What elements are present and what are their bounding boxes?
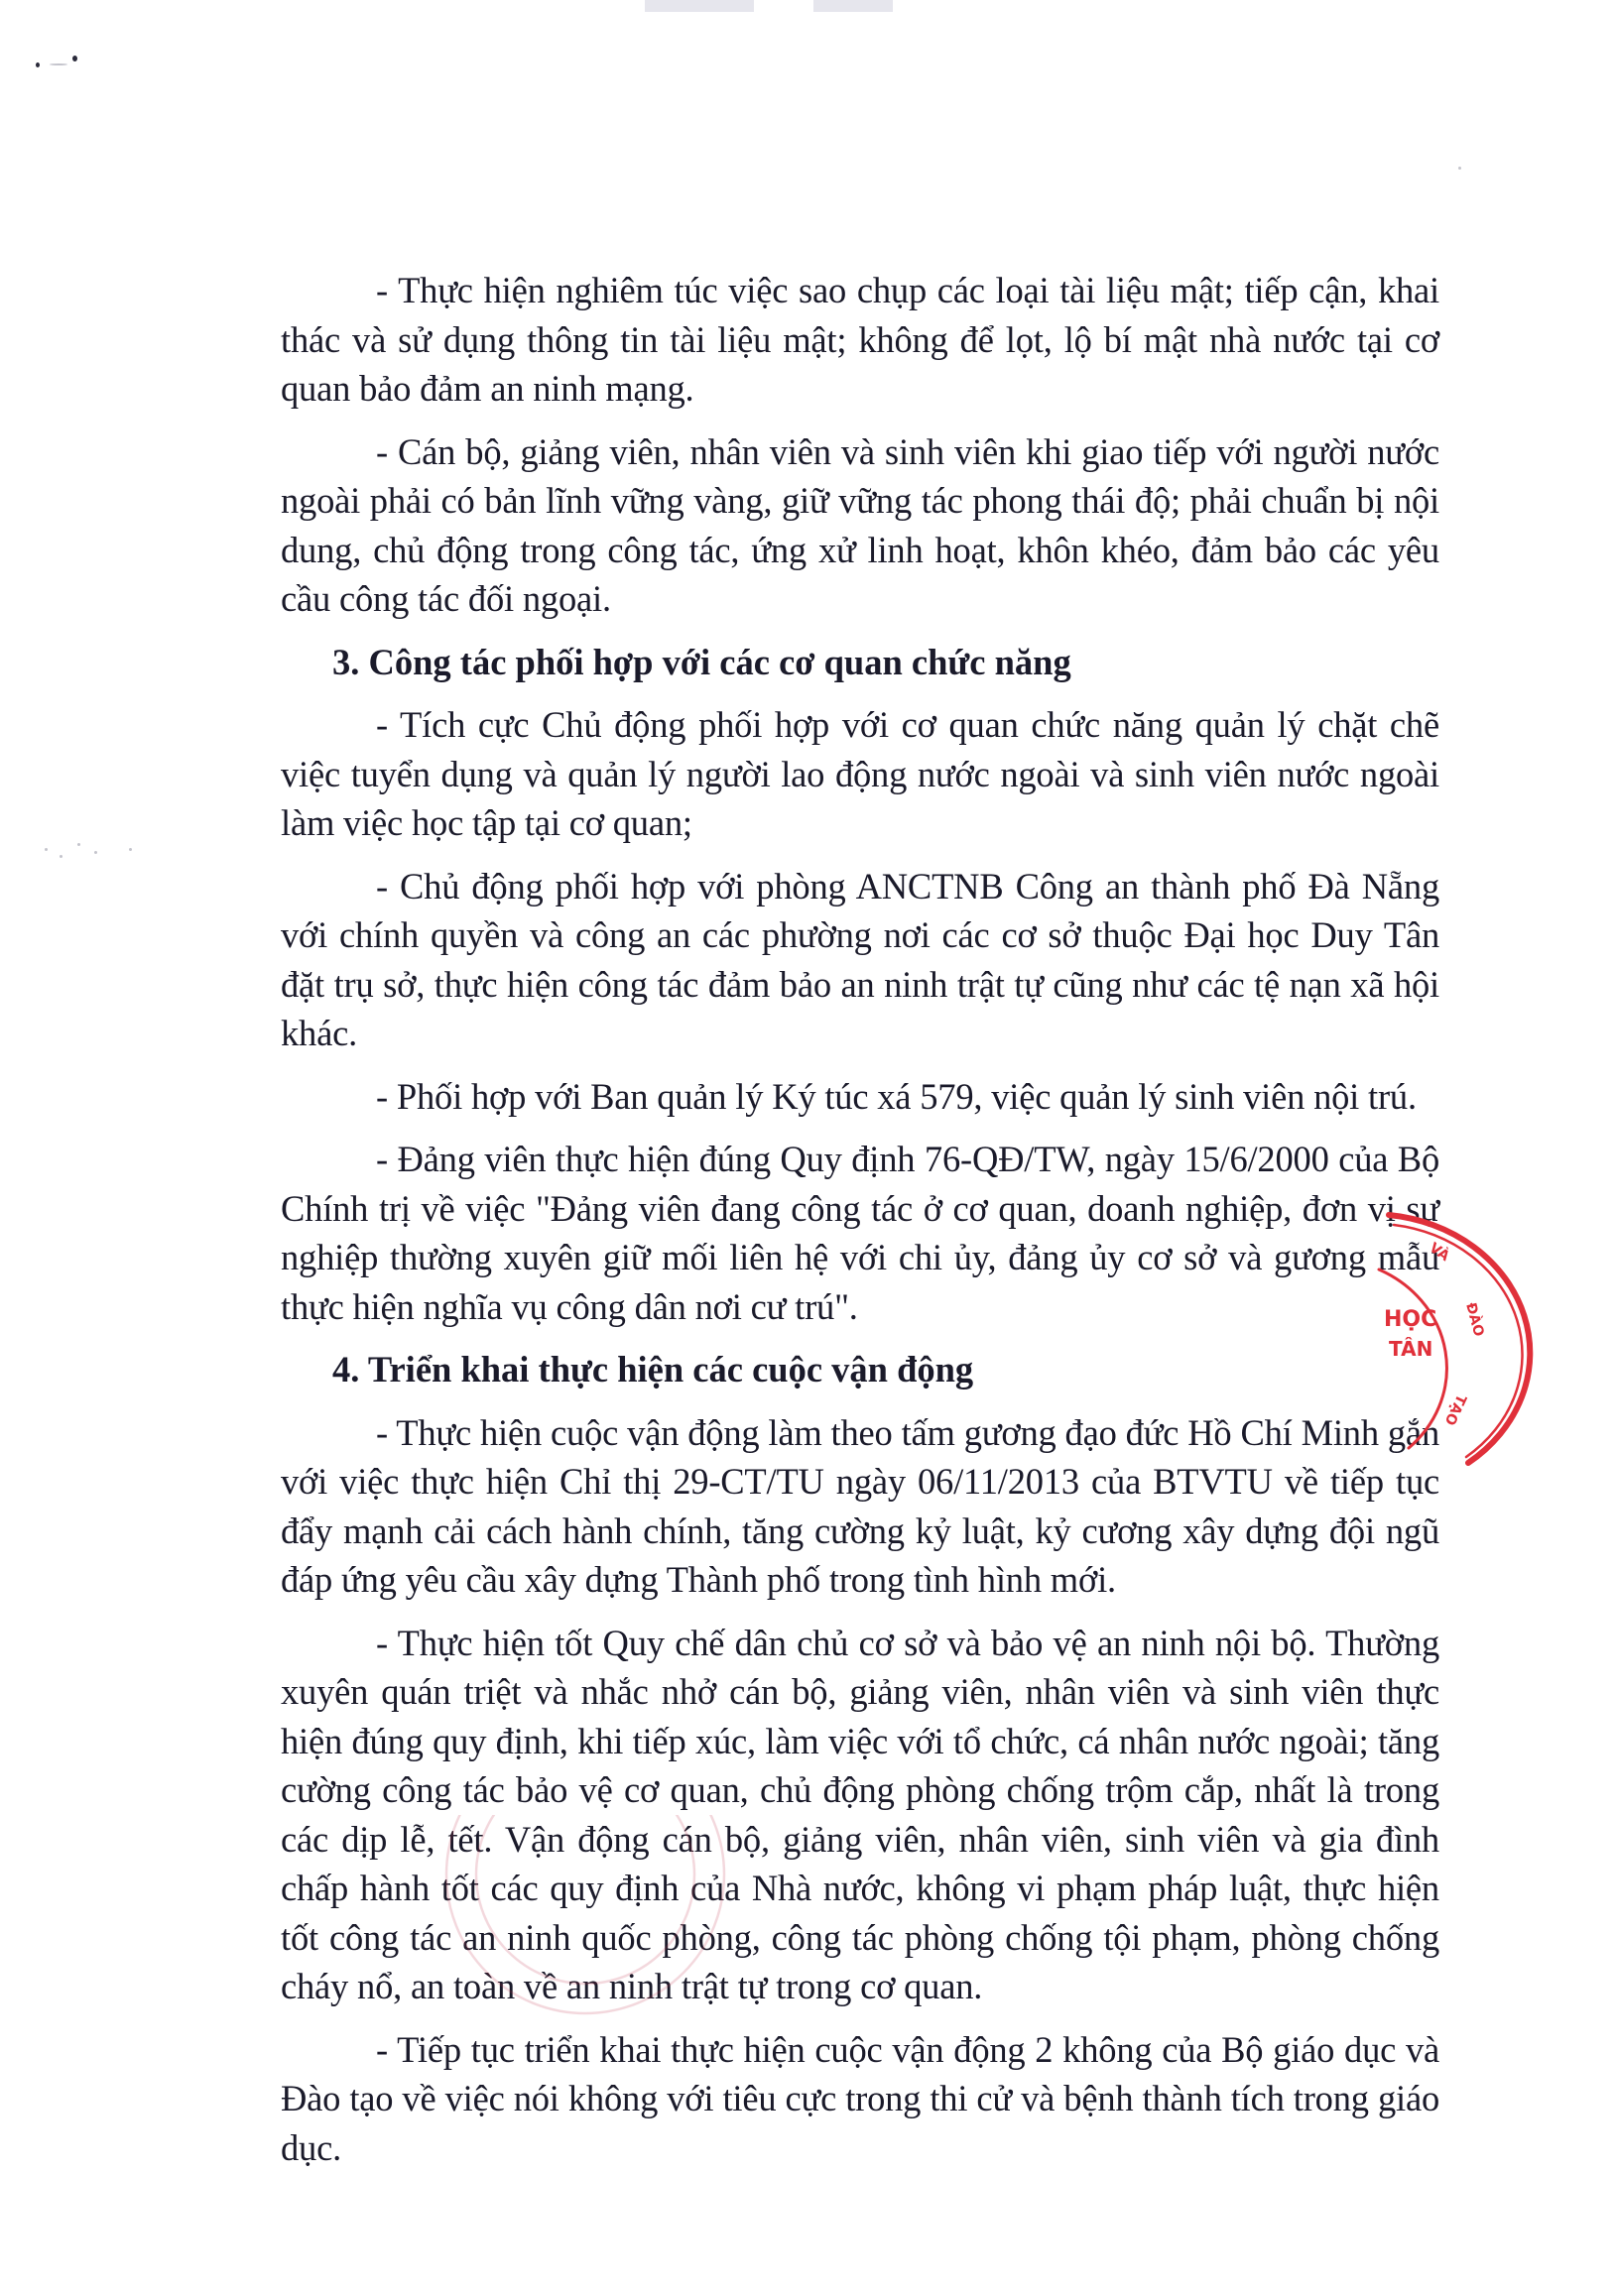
scan-speck: [1458, 167, 1461, 170]
scan-speck: [94, 851, 97, 854]
section-heading: 4. Triển khai thực hiện các cuộc vận độn…: [281, 1345, 1439, 1394]
body-paragraph: - Thực hiện nghiêm túc việc sao chụp các…: [281, 266, 1439, 414]
body-paragraph: - Tích cực Chủ động phối hợp với cơ quan…: [281, 700, 1439, 848]
scan-speck: [50, 63, 67, 65]
scan-speck: [36, 62, 40, 67]
scan-speck: [60, 855, 62, 858]
body-paragraph: - Tiếp tục triển khai thực hiện cuộc vận…: [281, 2025, 1439, 2173]
body-paragraph: - Cán bộ, giảng viên, nhân viên và sinh …: [281, 427, 1439, 624]
svg-text:TẠO: TẠO: [1441, 1391, 1469, 1427]
body-paragraph: - Đảng viên thực hiện đúng Quy định 76-Q…: [281, 1135, 1439, 1331]
document-body: - Thực hiện nghiêm túc việc sao chụp các…: [281, 266, 1439, 2186]
scan-artifact-top-left: [645, 0, 754, 12]
body-paragraph: - Thực hiện cuộc vận động làm theo tấm g…: [281, 1408, 1439, 1605]
svg-text:ĐÀO: ĐÀO: [1462, 1301, 1487, 1339]
scan-speck: [45, 848, 48, 851]
scan-speck: [72, 56, 77, 61]
section-heading: 3. Công tác phối hợp với các cơ quan chứ…: [281, 638, 1439, 687]
scan-artifact-top-right: [813, 0, 893, 12]
scan-speck: [77, 843, 80, 846]
body-paragraph: - Chủ động phối hợp với phòng ANCTNB Côn…: [281, 862, 1439, 1058]
scan-speck: [129, 848, 132, 851]
body-paragraph: - Phối hợp với Ban quản lý Ký túc xá 579…: [281, 1072, 1439, 1122]
body-paragraph: - Thực hiện tốt Quy chế dân chủ cơ sở và…: [281, 1619, 1439, 2011]
